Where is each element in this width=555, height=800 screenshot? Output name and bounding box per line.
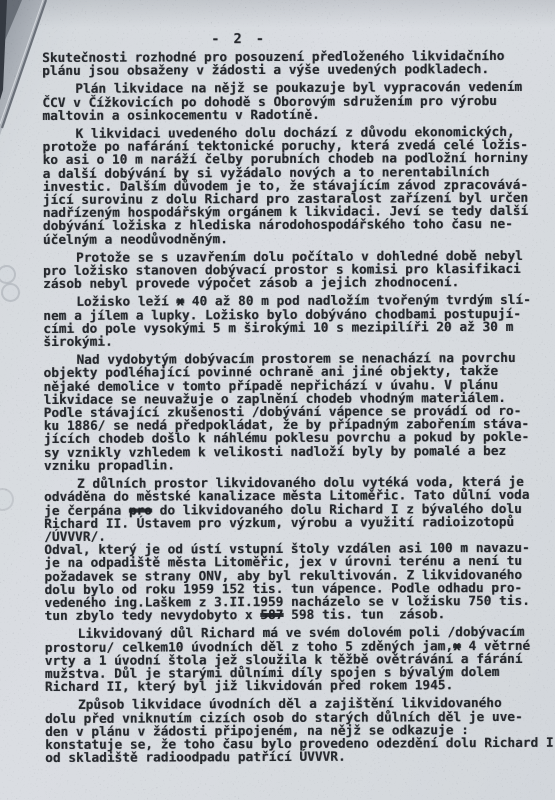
text-line: Richard II. Ústavem pro výzkum, výrobu a… (44, 515, 554, 530)
scanned-page: - 2 - Skutečnosti rozhodné pro posouzení… (0, 0, 555, 800)
paragraph: Skutečnosti rozhodné pro posouzení předl… (42, 50, 552, 79)
document-body: Skutečnosti rozhodné pro posouzení předl… (42, 50, 555, 766)
text-line: zásob nebyl provede výpočet zásob a jeji… (43, 276, 553, 291)
punch-hole (1, 283, 20, 302)
punch-hole (0, 488, 14, 511)
text-line: od skladiště radioodpadu patřící ÚVVVR. (45, 750, 555, 765)
paragraph: Protože se s uzavřením dolu počítalo v d… (43, 250, 553, 292)
paragraph: Nad vydobytým dobývacím prostorem se nen… (43, 352, 554, 473)
paragraph: Plán likvidace na nějž se poukazuje byl … (42, 81, 552, 123)
paragraph: Z důlních prostor likvidovaného dolu vyt… (44, 476, 555, 623)
paragraph: Způsob likvidace úvodních děl a zajištěn… (45, 697, 555, 765)
page-number: - 2 - (0, 31, 494, 47)
text-line: Richard II, který byl již likvidován pře… (45, 679, 555, 694)
punch-hole (0, 265, 16, 284)
text-line: vzniku propadlin. (44, 458, 554, 473)
text-line: plánu jsou obsaženy v žádosti a výše uve… (42, 63, 552, 78)
text-line: tun zbylo tedy nevydobyto x 587 598 tis.… (45, 608, 555, 623)
paragraph: Ložisko leží x 40 až 80 m pod nadložím t… (43, 294, 553, 349)
paragraph: K likvidaci uvedeného dolu dochází z dův… (42, 126, 553, 247)
paragraph: Likvidovaný důl Richard má ve svém dolov… (45, 626, 555, 694)
text-line: cími do pole vysokými 5 m širokými 10 s … (43, 321, 553, 336)
text-line: účelným a neodůvodněným. (43, 231, 553, 246)
page-content: - 2 - Skutečnosti rozhodné pro posouzení… (42, 31, 555, 766)
struck-out-text: 587 (260, 608, 283, 623)
text-line: maltovin a osinkocementu v Radotíně. (42, 108, 552, 123)
